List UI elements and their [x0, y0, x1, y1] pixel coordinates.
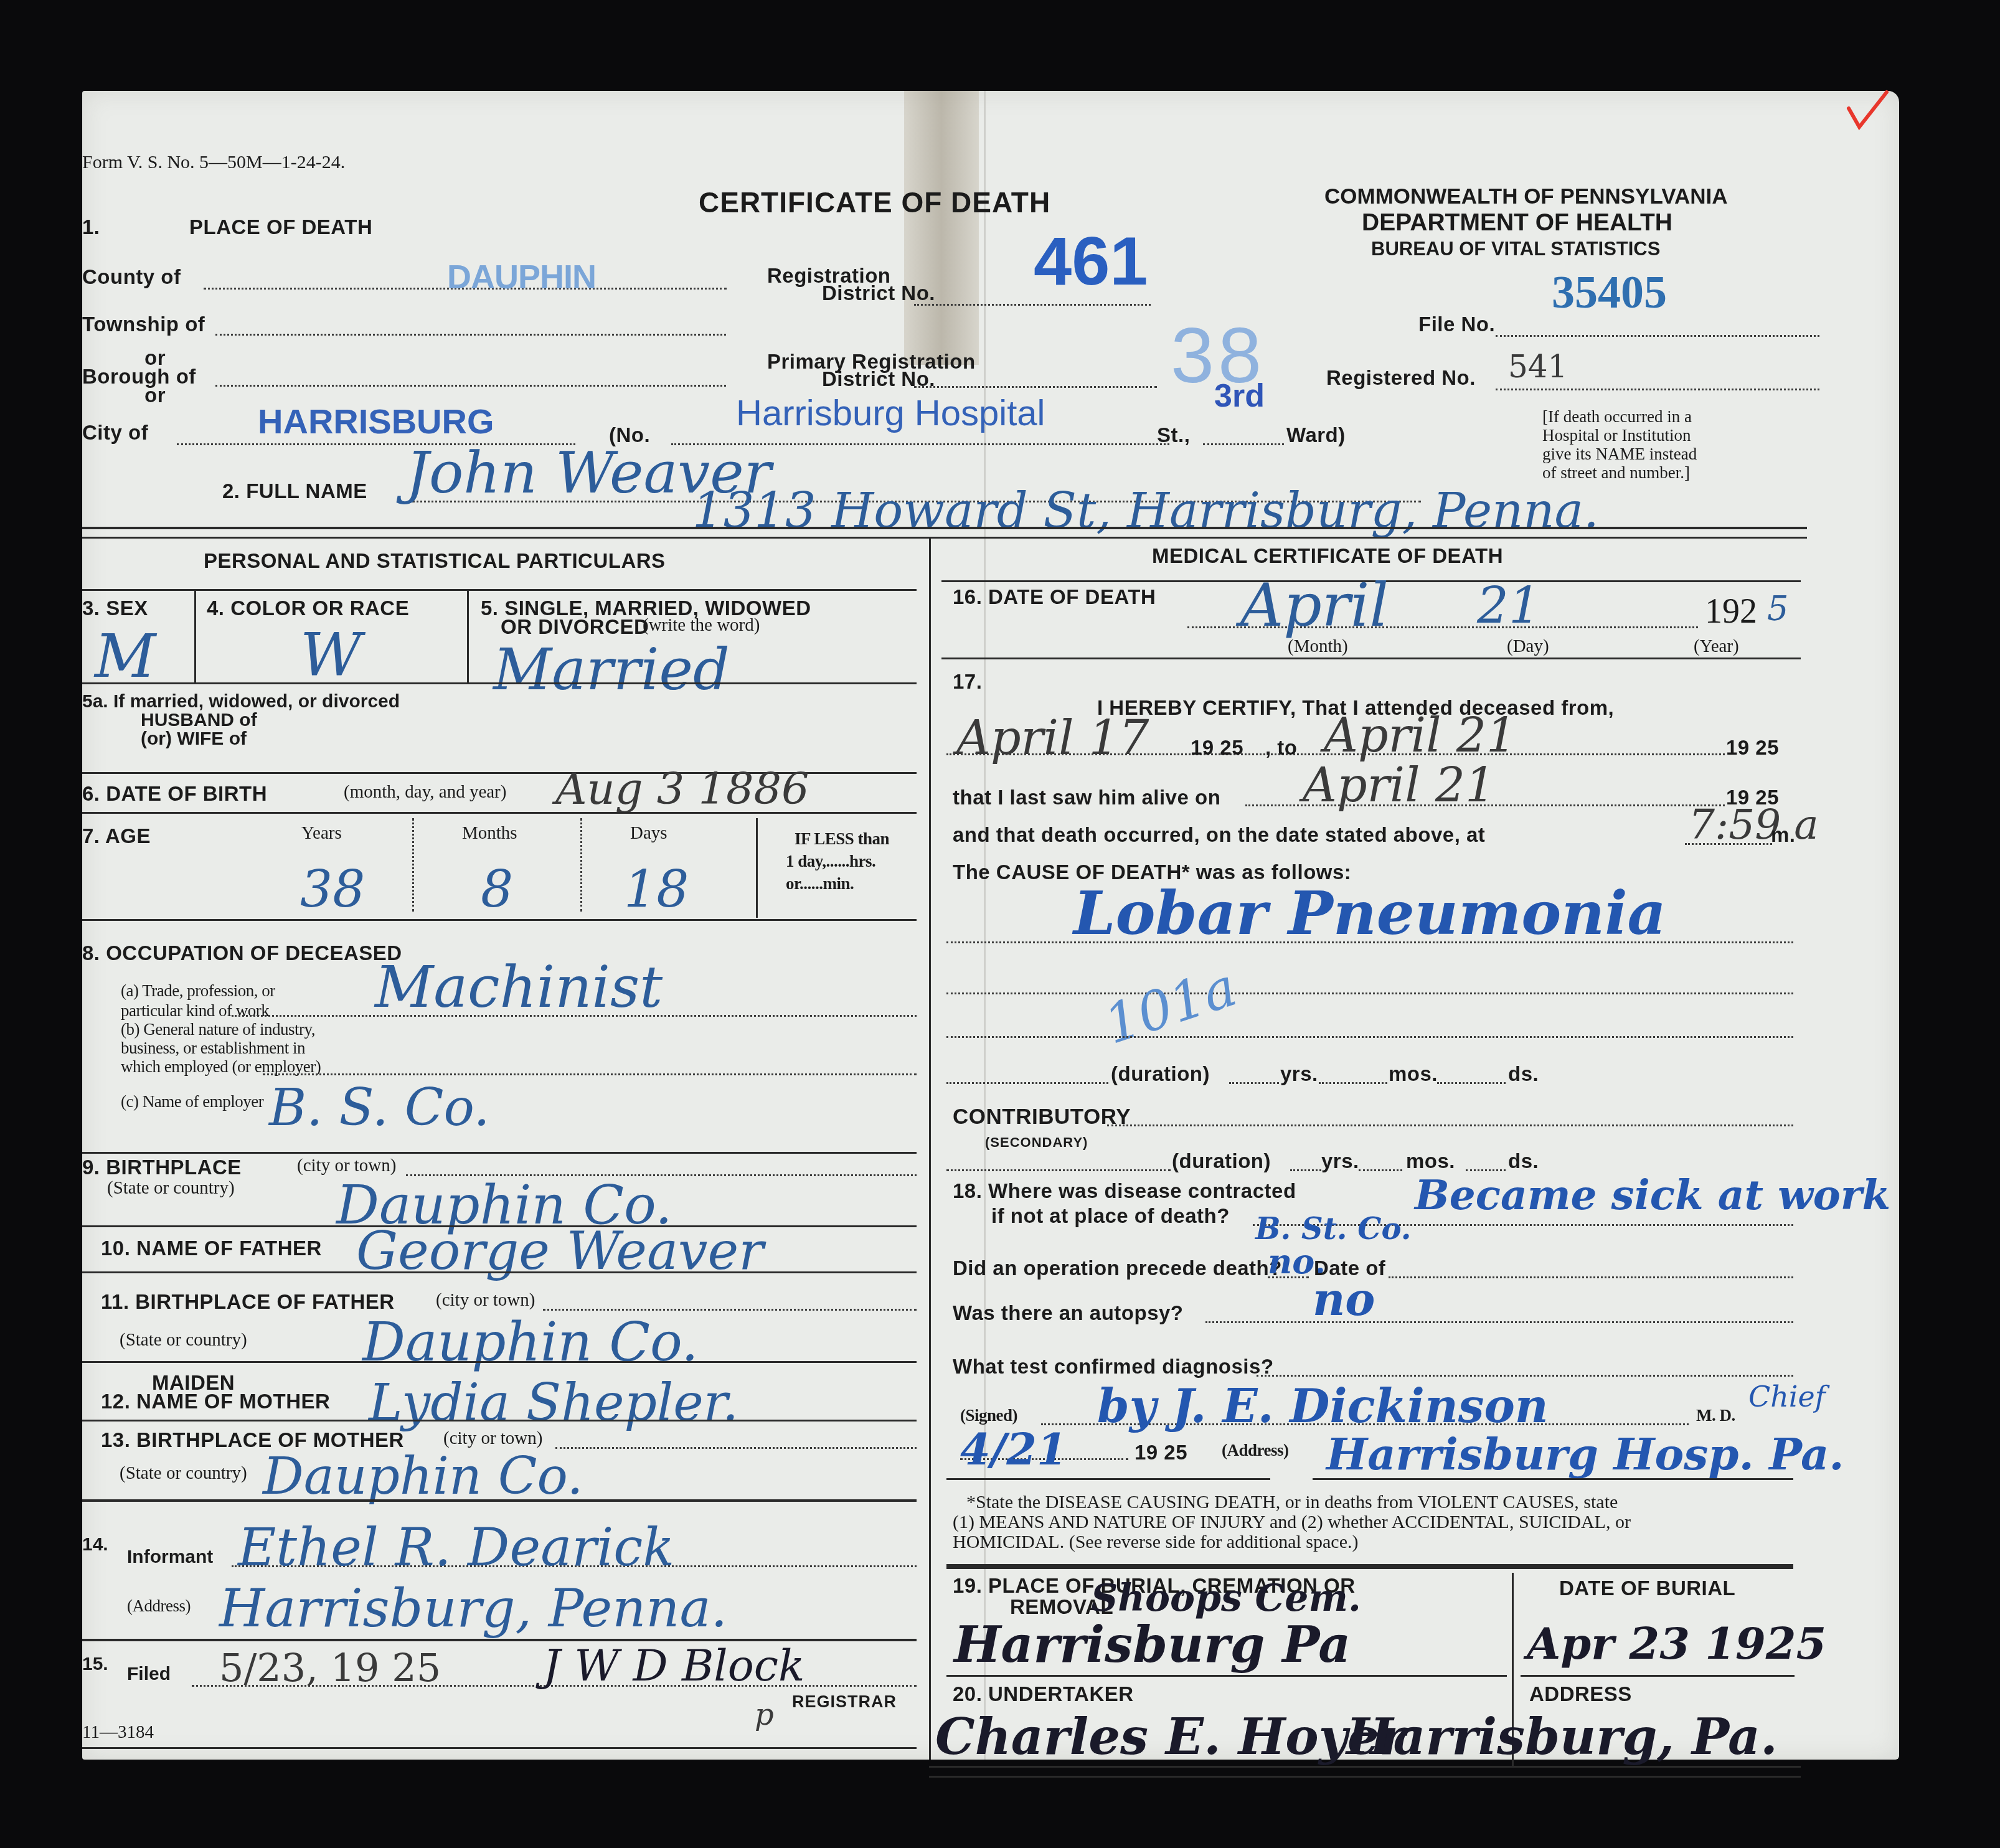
filed-date-value: 5/23, 19 25: [219, 1645, 441, 1690]
secondary-duration-label: (duration): [1172, 1149, 1271, 1173]
registrar-signature: J W D Block: [543, 1640, 804, 1691]
age-months-value: 8: [481, 860, 513, 920]
secondary-months-label: mos.: [1406, 1149, 1455, 1173]
divider: [82, 682, 917, 684]
undertaker-address-label: ADDRESS: [1529, 1682, 1632, 1706]
time-suffix: m.: [1771, 823, 1796, 847]
divider: [82, 1361, 917, 1363]
divider: [929, 1766, 1801, 1768]
informant-value: Ethel R. Dearick: [238, 1517, 674, 1578]
divider: [82, 1152, 917, 1154]
father-birthplace-value: Dauphin Co.: [362, 1311, 699, 1374]
personal-heading: PERSONAL AND STATISTICAL PARTICULARS: [204, 549, 666, 573]
column-divider: [467, 589, 469, 682]
divider: [946, 1478, 1270, 1480]
days-label: ds.: [1508, 1062, 1539, 1086]
duration-years-line: [1229, 1082, 1279, 1084]
race-label: 4. COLOR OR RACE: [207, 596, 409, 620]
year-caption: (Year): [1694, 636, 1739, 657]
diagnosis-test-label: What test confirmed diagnosis?: [953, 1355, 1274, 1379]
registrar-mark: p: [755, 1697, 774, 1732]
disease-contracted-value: Became sick at work: [1415, 1171, 1890, 1219]
date-of-death-year: 5: [1767, 589, 1788, 628]
age-column-divider: [412, 818, 414, 912]
undertaker-value: Charles E. Hoyer: [935, 1707, 1405, 1766]
spouse-label-wife: (or) WIFE of: [141, 728, 247, 750]
registration-district-label-2: District No.: [822, 281, 935, 305]
signed-year: 19 25: [1134, 1441, 1187, 1464]
divider: [941, 658, 1801, 659]
occupation-a-value: Machinist: [375, 954, 663, 1021]
divider: [82, 527, 1807, 529]
signed-label: (Signed): [960, 1406, 1017, 1425]
disease-contracted-label-2: if not at place of death?: [991, 1204, 1230, 1228]
physician-address-value: Harrisburg Hosp. Pa.: [1326, 1428, 1844, 1480]
occupation-b-label-2: business, or establishment in: [121, 1039, 305, 1058]
mother-birthplace-value: Dauphin Co.: [263, 1447, 583, 1506]
mother-birthplace-state-label: (State or country): [120, 1463, 247, 1484]
dob-label: 6. DATE OF BIRTH: [82, 782, 267, 806]
father-birthplace-hint: (city or town): [436, 1290, 535, 1311]
full-name-label: 2. FULL NAME: [222, 479, 367, 503]
operation-label: Did an operation precede death?: [953, 1256, 1282, 1280]
spouse-label-husband: HUSBAND of: [141, 710, 257, 731]
filed-number: 15.: [82, 1654, 108, 1675]
birthplace-state-label: (State or country): [107, 1178, 235, 1199]
mother-birthplace-line: [555, 1447, 917, 1449]
duration-days-line: [1437, 1082, 1506, 1084]
divider: [1313, 1478, 1793, 1480]
township-line: [215, 334, 726, 336]
month-caption: (Month): [1288, 636, 1348, 657]
filed-label: Filed: [127, 1664, 171, 1685]
last-saw-value: April 21: [1303, 757, 1495, 813]
age-days-label: Days: [630, 823, 667, 844]
dob-hint: (month, day, and year): [344, 782, 506, 803]
informant-address-label: (Address): [127, 1596, 191, 1616]
less-than-label-3: or......min.: [786, 874, 854, 893]
birthplace-label: 9. BIRTHPLACE: [82, 1156, 242, 1179]
physician-title: Chief: [1748, 1380, 1826, 1413]
date-of-death-year-prefix: 192: [1705, 592, 1757, 631]
marital-status-value: Married: [493, 636, 730, 703]
occupation-a-label: (a) Trade, profession, or: [121, 981, 275, 1001]
ward-stamp: 3rd: [1214, 377, 1265, 415]
st-label: St.,: [1157, 423, 1190, 447]
divider: [82, 1747, 917, 1749]
red-check-mark-icon: [1846, 90, 1889, 133]
father-birthplace-label: 11. BIRTHPLACE OF FATHER: [101, 1290, 395, 1314]
section-1-number: 1.: [82, 215, 100, 239]
tape-stain: [904, 91, 979, 365]
date-of-death-label: 16. DATE OF DEATH: [953, 585, 1156, 609]
autopsy-value: no: [1313, 1273, 1375, 1326]
cause-code: 101a: [1097, 956, 1244, 1057]
burial-place-value: Shoops Cem.: [1091, 1577, 1361, 1620]
authority-line-2: DEPARTMENT OF HEALTH: [1362, 209, 1672, 237]
age-months-label: Months: [462, 823, 517, 844]
undertaker-label: 20. UNDERTAKER: [953, 1682, 1134, 1706]
or-label-2: or: [144, 384, 166, 407]
sex-label: 3. SEX: [82, 596, 148, 620]
column-divider: [929, 537, 931, 1760]
marital-status-label-2: OR DIVORCED: [501, 615, 649, 639]
borough-line: [215, 385, 726, 387]
item-17-number: 17.: [953, 670, 982, 694]
ward-line: [1203, 443, 1284, 445]
birthplace-hint: (city or town): [297, 1156, 396, 1176]
secondary-years-label: yrs.: [1321, 1149, 1359, 1173]
file-no-line: [1496, 335, 1819, 337]
borough-label: Borough of: [82, 365, 196, 389]
residence-address-value: 1313 Howard St, Harrisburg, Penna.: [692, 483, 1599, 539]
street-value: Harrisburg Hospital: [736, 392, 1045, 434]
divider: [82, 1499, 917, 1502]
mother-birthplace-hint: (city or town): [443, 1428, 542, 1449]
mother-name-label: 12. NAME OF MOTHER: [101, 1390, 330, 1413]
divider: [82, 1420, 917, 1421]
autopsy-line: [1205, 1321, 1793, 1323]
date-of-death-day: 21: [1477, 577, 1540, 634]
less-than-label-2: 1 day,......hrs.: [786, 852, 875, 871]
time-of-death-label: and that death occurred, on the date sta…: [953, 823, 1485, 847]
medical-heading: MEDICAL CERTIFICATE OF DEATH: [1152, 544, 1503, 568]
age-years-value: 38: [300, 860, 365, 920]
file-number-stamp: 35405: [1552, 266, 1667, 319]
physician-address-label: (Address): [1222, 1441, 1289, 1460]
county-value: DAUPHIN: [447, 258, 596, 296]
footer-code: 11—3184: [82, 1722, 154, 1743]
to-label: , to: [1265, 736, 1297, 760]
sex-value: M: [95, 621, 156, 691]
informant-number: 14.: [82, 1534, 108, 1555]
contributory-line: [1107, 1124, 1793, 1126]
city-value: HARRISBURG: [258, 401, 494, 441]
registration-district-line: [914, 304, 1151, 306]
duration-line: [946, 1082, 1108, 1084]
marital-status-hint: (write the word): [643, 615, 760, 636]
hospital-note: [If death occurred in a Hospital or Inst…: [1542, 407, 1779, 482]
primary-district-line: [914, 386, 1157, 388]
age-column-divider: [580, 818, 582, 912]
informant-label: Informant: [127, 1547, 213, 1568]
secondary-months-line: [1359, 1169, 1402, 1171]
informant-address-value: Harrisburg, Penna.: [219, 1578, 727, 1639]
secondary-label: (SECONDARY): [985, 1134, 1088, 1151]
occupation-a-label-2: particular kind of work: [121, 1001, 269, 1021]
divider-thick: [946, 1564, 1793, 1569]
duration-months-line: [1319, 1082, 1387, 1084]
last-saw-label: that I last saw him alive on: [953, 786, 1220, 809]
diagnosis-test-line: [1257, 1375, 1793, 1377]
father-name-label: 10. NAME OF FATHER: [101, 1237, 322, 1260]
page-title: CERTIFICATE OF DEATH: [699, 186, 1050, 219]
divider: [82, 812, 917, 814]
column-divider: [756, 818, 758, 918]
months-label: mos.: [1389, 1062, 1438, 1086]
registered-no-label: Registered No.: [1326, 366, 1476, 390]
ward-label: Ward): [1286, 423, 1346, 447]
spouse-label: 5a. If married, widowed, or divorced: [82, 691, 400, 712]
column-divider: [194, 589, 196, 682]
divider: [82, 1271, 917, 1273]
operation-date-line: [1389, 1276, 1793, 1278]
divider: [82, 537, 1807, 539]
attended-from-year: 19 25: [1191, 736, 1243, 760]
township-label: Township of: [82, 313, 205, 336]
age-years-label: Years: [301, 823, 342, 844]
race-value: W: [300, 620, 362, 690]
county-label: County of: [82, 265, 181, 289]
duration-label: (duration): [1111, 1062, 1210, 1086]
divider: [946, 1675, 1507, 1677]
form-id: Form V. S. No. 5—50M—1-24-24.: [82, 152, 345, 173]
physician-signature: by J. E. Dickinson: [1097, 1380, 1549, 1433]
secondary-days-label: ds.: [1508, 1149, 1539, 1173]
place-of-death-heading: PLACE OF DEATH: [189, 215, 372, 239]
time-of-death-value: 7:59 a: [1689, 801, 1819, 849]
age-label: 7. AGE: [82, 824, 151, 848]
footnote-line-3: HOMICIDAL. (See reverse side for additio…: [953, 1532, 1358, 1553]
divider: [929, 1776, 1801, 1778]
signed-date-value: 4/21: [960, 1423, 1067, 1475]
authority-line-3: BUREAU OF VITAL STATISTICS: [1371, 238, 1660, 260]
death-certificate: Form V. S. No. 5—50M—1-24-24. CERTIFICAT…: [82, 91, 1899, 1760]
cause-of-death-value: Lobar Pneumonia: [1073, 878, 1666, 948]
md-label: M. D.: [1696, 1406, 1735, 1425]
contributory-label: CONTRIBUTORY: [953, 1105, 1131, 1129]
authority-line-1: COMMONWEALTH OF PENNSYLVANIA: [1324, 184, 1727, 209]
occupation-b-label: (b) General nature of industry,: [121, 1020, 315, 1039]
cause-line-1: [946, 941, 1793, 943]
city-label: City of: [82, 421, 148, 445]
file-no-label: File No.: [1418, 313, 1495, 336]
occupation-b-line: [263, 1073, 917, 1075]
father-birthplace-line: [543, 1309, 917, 1311]
secondary-duration-line: [946, 1169, 1171, 1171]
footnote-line-1: *State the DISEASE CAUSING DEATH, or in …: [966, 1492, 1618, 1513]
cause-line-3: [946, 1036, 1793, 1038]
day-caption: (Day): [1507, 636, 1549, 657]
burial-date-value: Apr 23 1925: [1527, 1618, 1826, 1669]
registration-district-number: 461: [1034, 222, 1148, 301]
attended-to-year: 19 25: [1726, 736, 1779, 760]
years-label: yrs.: [1280, 1062, 1318, 1086]
mother-name-value: Lydia Shepler.: [369, 1374, 738, 1433]
divider: [82, 919, 917, 921]
burial-location-value: Harrisburg Pa: [954, 1615, 1351, 1674]
age-days-value: 18: [624, 860, 689, 920]
footnote-line-2: (1) MEANS AND NATURE OF INJURY and (2) w…: [953, 1512, 1631, 1533]
attended-to-value: April 21: [1324, 707, 1516, 763]
employer-label: (c) Name of employer: [121, 1092, 263, 1111]
disease-contracted-label: 18. Where was disease contracted: [953, 1179, 1296, 1203]
autopsy-label: Was there an autopsy?: [953, 1301, 1184, 1325]
cause-line-2: [946, 992, 1793, 994]
secondary-years-line: [1290, 1169, 1321, 1171]
divider: [82, 589, 917, 591]
dob-value: Aug 3 1886: [555, 763, 809, 814]
date-of-death-month: April: [1240, 570, 1389, 640]
employer-value: B. S. Co.: [269, 1078, 490, 1138]
burial-date-label: DATE OF BURIAL: [1559, 1577, 1735, 1600]
less-than-label-1: IF LESS than: [795, 829, 889, 849]
registrar-label: REGISTRAR: [792, 1692, 897, 1712]
father-birthplace-state-label: (State or country): [120, 1330, 247, 1351]
registered-no-value: 541: [1508, 349, 1567, 385]
divider: [1521, 1675, 1795, 1677]
undertaker-address-value: Harrisburg, Pa.: [1346, 1707, 1778, 1766]
occupation-heading: 8. OCCUPATION OF DECEASED: [82, 941, 402, 965]
registered-no-line: [1496, 389, 1819, 390]
attended-from-value: April 17: [956, 710, 1149, 765]
